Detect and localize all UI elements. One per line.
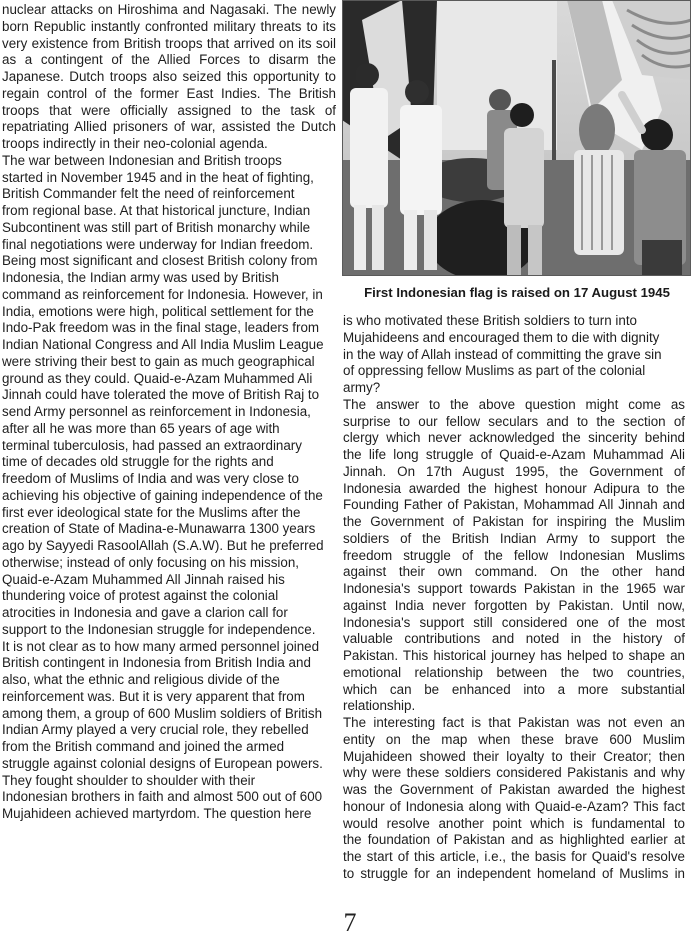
text-line: entity on the map when these brave 600 M…: [343, 732, 685, 749]
text-line: among them, a group of 600 Muslim soldie…: [2, 706, 336, 723]
text-line: why were these soldiers considered Pakis…: [343, 765, 685, 782]
text-line: Founding Father of Pakistan, Mohammad Al…: [343, 497, 685, 514]
text-line: Quaid-e-Azam Muhammed All Jinnah raised …: [2, 572, 336, 589]
text-line: thundering voice of protest against the …: [2, 588, 336, 605]
text-line: soldiers of the British Indian Army to s…: [343, 531, 685, 548]
text-line: of oppressing fellow Muslims as part of …: [343, 363, 685, 380]
text-line: as a contingent of the Allied Forces to …: [2, 52, 336, 69]
text-line: final negotiations were underway for Ind…: [2, 237, 336, 254]
page-number: 7: [0, 908, 700, 938]
text-line: nuclear attacks on Hiroshima and Nagasak…: [2, 2, 336, 19]
text-line: Indian National Congress and All India M…: [2, 337, 336, 354]
text-line: repatriating Allied prisoners of war, as…: [2, 119, 336, 136]
text-line: achieving his objective of gaining indep…: [2, 488, 336, 505]
text-line: The war between Indonesian and British t…: [2, 153, 336, 170]
text-line: Mujahideen achieved martyrdom. The quest…: [2, 806, 336, 823]
text-line: Indonesia's support still considered one…: [343, 615, 685, 632]
text-line: against their own command. On the other …: [343, 564, 685, 581]
text-line: command as reinforcement for Indonesia. …: [2, 287, 336, 304]
text-line: British contingent in Indonesia from Bri…: [2, 655, 336, 672]
text-line: clergy which never acknowledged the sinc…: [343, 430, 685, 447]
text-line: the Government of Pakistan for inspiring…: [343, 514, 685, 531]
text-line: The answer to the above question might c…: [343, 397, 685, 414]
text-line: India, emotions were high, political set…: [2, 304, 336, 321]
text-line: is who motivated these British soldiers …: [343, 313, 685, 330]
text-line: Indonesia awarded the highest honour Adi…: [343, 481, 685, 498]
text-line: Indian Army played a very crucial role, …: [2, 722, 336, 739]
text-line: struggle against colonial designs of Eur…: [2, 756, 336, 773]
text-line: were striving their best to gain as much…: [2, 354, 336, 371]
left-text-column: nuclear attacks on Hiroshima and Nagasak…: [2, 2, 336, 823]
photo-caption: First Indonesian flag is raised on 17 Au…: [342, 285, 692, 300]
text-line: also, what the ethnic and religious divi…: [2, 672, 336, 689]
text-line: Japanese. Dutch troops also seized this …: [2, 69, 336, 86]
text-line: Mujahideens and encouraged them to die w…: [343, 330, 685, 347]
text-line: relationship.: [343, 698, 685, 715]
text-line: otherwise; instead of only focusing on h…: [2, 555, 336, 572]
text-line: Indo-Pak freedom was in the final stage,…: [2, 320, 336, 337]
text-line: very existence from British troops that …: [2, 36, 336, 53]
text-line: the start of this article, i.e., the bas…: [343, 849, 685, 866]
text-line: the foundation of Pakistan and as highli…: [343, 832, 685, 849]
text-line: Indonesia's support towards Pakistan in …: [343, 581, 685, 598]
text-line: to struggle for an independent homeland …: [343, 866, 685, 883]
text-line: It is not clear as to how many armed per…: [2, 639, 336, 656]
text-line: Indonesian brothers in faith and almost …: [2, 789, 336, 806]
text-line: against India never forgotten by Pakista…: [343, 598, 685, 615]
text-line: send Army personnel as reinforcement in …: [2, 404, 336, 421]
text-line: after all he was more than 65 years of a…: [2, 421, 336, 438]
text-line: honour of Indonesia along with Quaid-e-A…: [343, 799, 685, 816]
text-line: troops indirectly in their neo-colonial …: [2, 136, 336, 153]
flag-raising-photo: [342, 0, 691, 276]
text-line: freedom struggle of the fellow Indonesia…: [343, 548, 685, 565]
document-page: nuclear attacks on Hiroshima and Nagasak…: [0, 0, 700, 942]
text-line: Subcontinent was still part of British m…: [2, 220, 336, 237]
text-line: from regional base. At that historical j…: [2, 203, 336, 220]
text-line: Mujahideen showed their loyalty to their…: [343, 749, 685, 766]
text-line: Jinnah. On 17th August 1995, the Governm…: [343, 464, 685, 481]
text-line: regain control of the former East Indies…: [2, 86, 336, 103]
text-line: creation of State of Madina-e-Munawarra …: [2, 521, 336, 538]
text-line: emotional relationship between the two c…: [343, 665, 685, 682]
text-line: from the British command and joined the …: [2, 739, 336, 756]
text-line: ago by Sayyedi RasoolAllah (S.A.W). But …: [2, 538, 336, 555]
text-line: first ever ideological state for the Mus…: [2, 505, 336, 522]
text-line: time of decades old struggle for the rig…: [2, 454, 336, 471]
text-line: was the Government of Pakistan awarded t…: [343, 782, 685, 799]
text-line: reinforcement was. But it is very appare…: [2, 689, 336, 706]
text-line: the life long struggle of Quaid-e-Azam M…: [343, 447, 685, 464]
right-text-column: is who motivated these British soldiers …: [343, 313, 685, 883]
text-line: valuable contributions and noted in the …: [343, 631, 685, 648]
text-line: Indonesia, the Indian army was used by B…: [2, 270, 336, 287]
text-line: The interesting fact is that Pakistan wa…: [343, 715, 685, 732]
text-line: Pakistan. This historical journey has he…: [343, 648, 685, 665]
text-line: They fought shoulder to shoulder with th…: [2, 773, 336, 790]
text-line: Being most significant and closest Briti…: [2, 253, 336, 270]
text-line: troops that were officially assigned to …: [2, 103, 336, 120]
text-line: freedom of Muslims of India and was very…: [2, 471, 336, 488]
text-line: surprise to our fellow seculars and to t…: [343, 414, 685, 431]
text-line: Jinnah could have tolerated the move of …: [2, 387, 336, 404]
text-line: British Commander felt the need of reinf…: [2, 186, 336, 203]
text-line: terminal tuberculosis, had passed an ext…: [2, 438, 336, 455]
text-line: started in November 1945 and in the heat…: [2, 170, 336, 187]
photo-illustration: [342, 0, 691, 276]
text-line: born Republic instantly confronted milit…: [2, 19, 336, 36]
text-line: in the way of Allah instead of committin…: [343, 347, 685, 364]
text-line: support to the Indonesian struggle for i…: [2, 622, 336, 639]
text-line: atrocities in Indonesia and gave a clari…: [2, 605, 336, 622]
text-line: army?: [343, 380, 685, 397]
text-line: which can be enhanced into a more substa…: [343, 682, 685, 699]
text-line: would resolve another point which is fun…: [343, 816, 685, 833]
text-line: ground as they could. Quaid-e-Azam Muham…: [2, 371, 336, 388]
